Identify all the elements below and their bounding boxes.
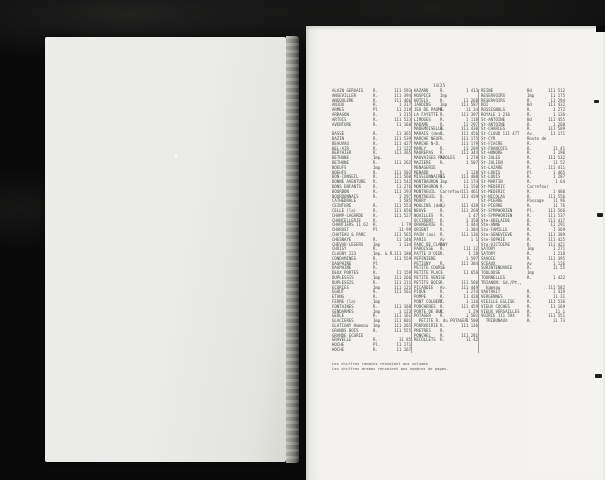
entry-type: R. [440, 338, 453, 343]
index-entry: HOCHER.11 167 [332, 348, 411, 353]
entry-name: HOCHE [332, 348, 373, 353]
dust-speck [175, 155, 177, 158]
index-column-1: ALAIN GERVAISR.111 593ANGEVILLERR.111 39… [332, 89, 411, 353]
footnotes: Les chiffres romains renvoient aux volum… [332, 361, 449, 372]
index-table: ALAIN GERVAISR.111 593ANGEVILLERR.111 39… [332, 89, 565, 353]
entry-ref: 11 42 [453, 338, 478, 343]
page-stack-edge [286, 36, 299, 463]
film-speck [594, 100, 599, 103]
right-index-page: 1835 ALAIN GERVAISR.111 593ANGEVILLERR.1… [306, 26, 605, 480]
index-column-2: HAZARDR.1 413HOSPICEImpHOTELSR.11 268JAR… [411, 89, 478, 353]
index-entry: RECOLLETSR.11 42 [414, 338, 478, 343]
film-speck [595, 374, 602, 378]
entry-type: R. [527, 319, 540, 324]
microfilm-scan: 1835 ALAIN GERVAISR.111 593ANGEVILLERR.1… [0, 0, 605, 480]
entry-ref: 11 167 [386, 348, 411, 353]
film-speck [597, 213, 603, 217]
index-column-3: REINEBd111 512RESERVOIRSImp11 175RESERVO… [478, 89, 565, 353]
entry-name: RECOLLETS [414, 338, 440, 343]
film-corner-notch [596, 26, 605, 32]
index-entry: TRIBUNAUXR.11 73 [481, 319, 565, 324]
entry-type: R. [373, 348, 386, 353]
entry-ref: 11 73 [540, 319, 565, 324]
entry-name: TRIBUNAUX [481, 319, 527, 324]
footnote-line: Les chiffres arabes renvoient aux numéro… [332, 366, 449, 371]
left-blank-page [45, 37, 286, 462]
